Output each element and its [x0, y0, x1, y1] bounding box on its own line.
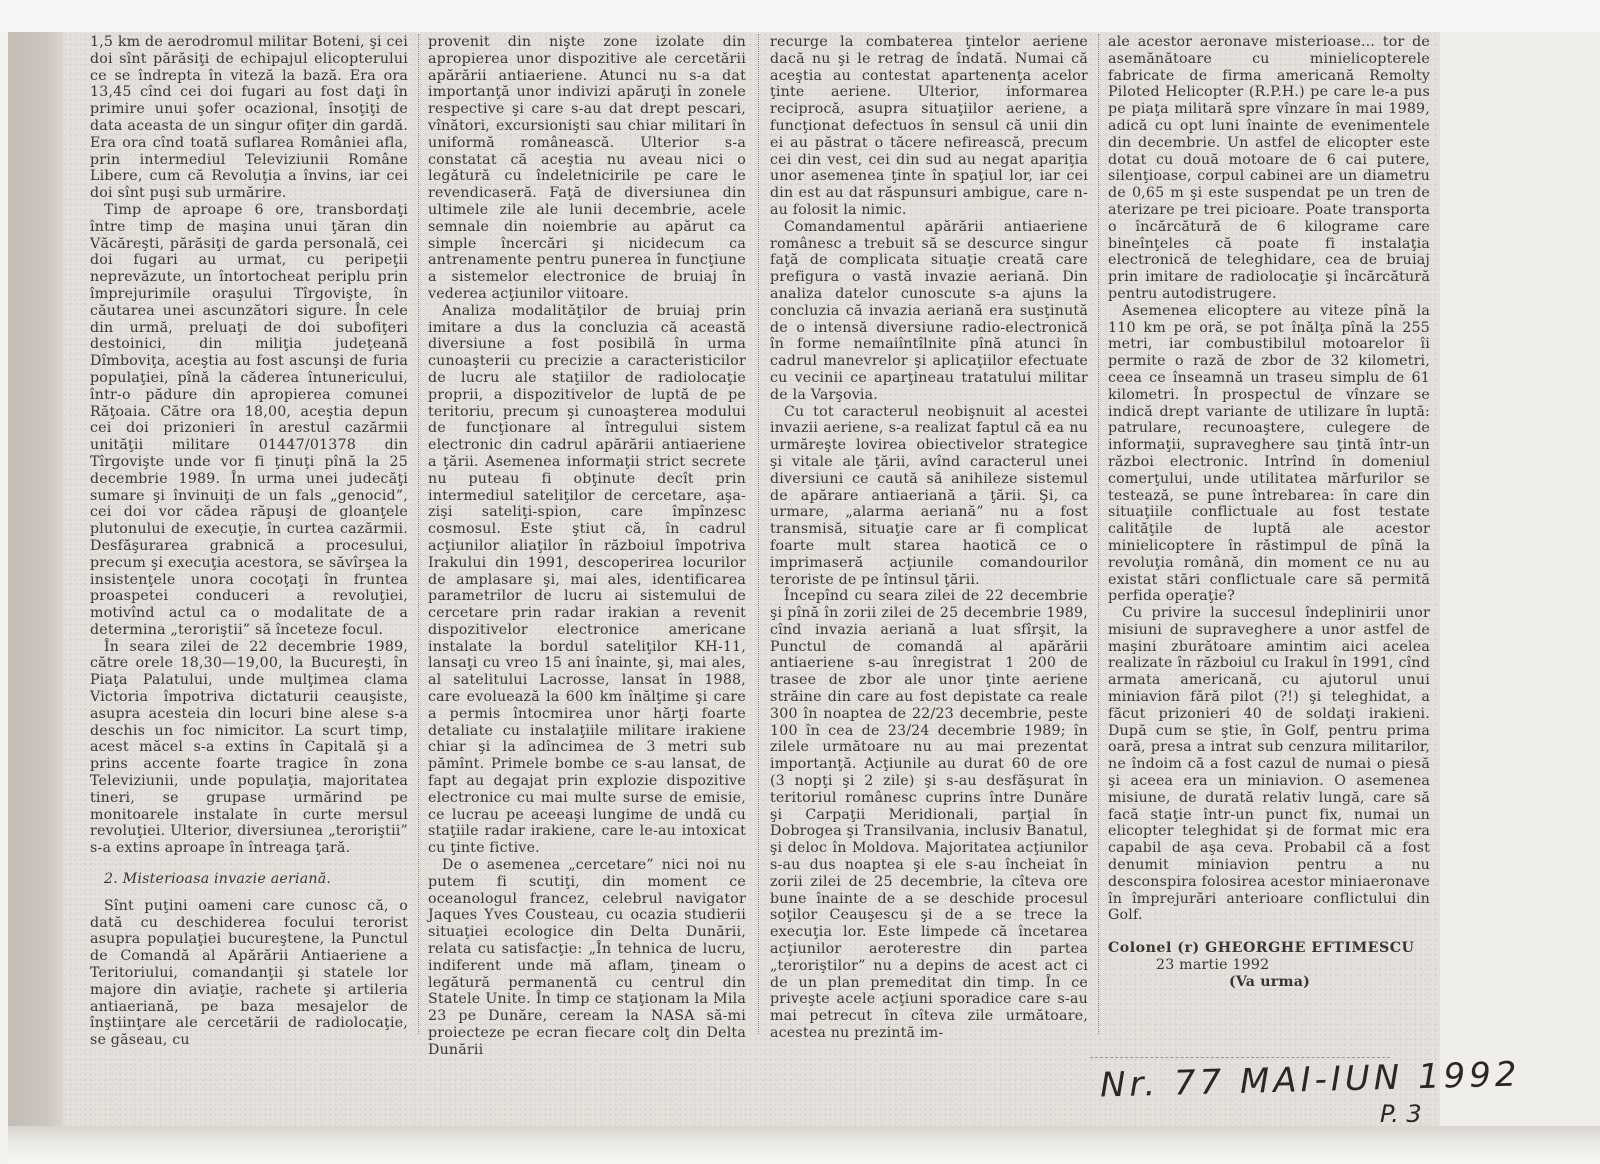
paragraph: Începînd cu seara zilei de 22 decembrie … [770, 588, 1088, 1042]
paragraph: provenit din nişte zone izolate din apro… [428, 34, 746, 303]
paragraph: Asemenea elicoptere au viteze pînă la 11… [1108, 303, 1430, 605]
paragraph: De o asemenea „cercetare” nici noi nu pu… [428, 857, 746, 1059]
article-column-2: provenit din nişte zone izolate din apro… [428, 34, 746, 1059]
handwritten-page-number: P. 3 [1380, 1100, 1422, 1128]
article-column-4: ale acestor aeronave misterioase... tor … [1108, 34, 1430, 991]
divider [1090, 1057, 1390, 1058]
paragraph: Timp de aproape 6 ore, transbordaţi într… [90, 202, 408, 639]
blank-margin [1440, 32, 1600, 1144]
paragraph: 1,5 km de aerodromul militar Boteni, şi … [90, 34, 408, 202]
article-date: 23 martie 1992 [1108, 957, 1430, 974]
paragraph: Comandamentul apărării antiaeriene român… [770, 219, 1088, 404]
paragraph: Cu tot caracterul neobişnuit al acestei … [770, 404, 1088, 589]
article-column-3: recurge la combaterea ţintelor aeriene d… [770, 34, 1088, 1042]
paragraph: recurge la combaterea ţintelor aeriene d… [770, 34, 1088, 219]
paragraph: ale acestor aeronave misterioase... tor … [1108, 34, 1430, 303]
section-heading: 2. Misterioasa invazie aeriană. [90, 871, 408, 888]
paragraph: Cu privire la succesul îndeplinirii unor… [1108, 605, 1430, 924]
article-column-1: 1,5 km de aerodromul militar Boteni, şi … [90, 34, 408, 1049]
fold-shadow [8, 32, 63, 1144]
continued-note: (Va urma) [1108, 974, 1430, 991]
bottom-edge [8, 1126, 1600, 1164]
paragraph: Sînt puţini oameni care cunosc că, o dat… [90, 898, 408, 1049]
column-rule [1098, 34, 1099, 1034]
author-byline: Colonel (r) GHEORGHE EFTIMESCU [1108, 940, 1430, 957]
paragraph: Analiza modalităţilor de bruiaj prin imi… [428, 303, 746, 857]
column-rule [418, 34, 419, 1034]
column-rule [758, 34, 759, 1034]
scan-top-margin [0, 0, 1600, 32]
paragraph: În seara zilei de 22 decembrie 1989, căt… [90, 639, 408, 857]
